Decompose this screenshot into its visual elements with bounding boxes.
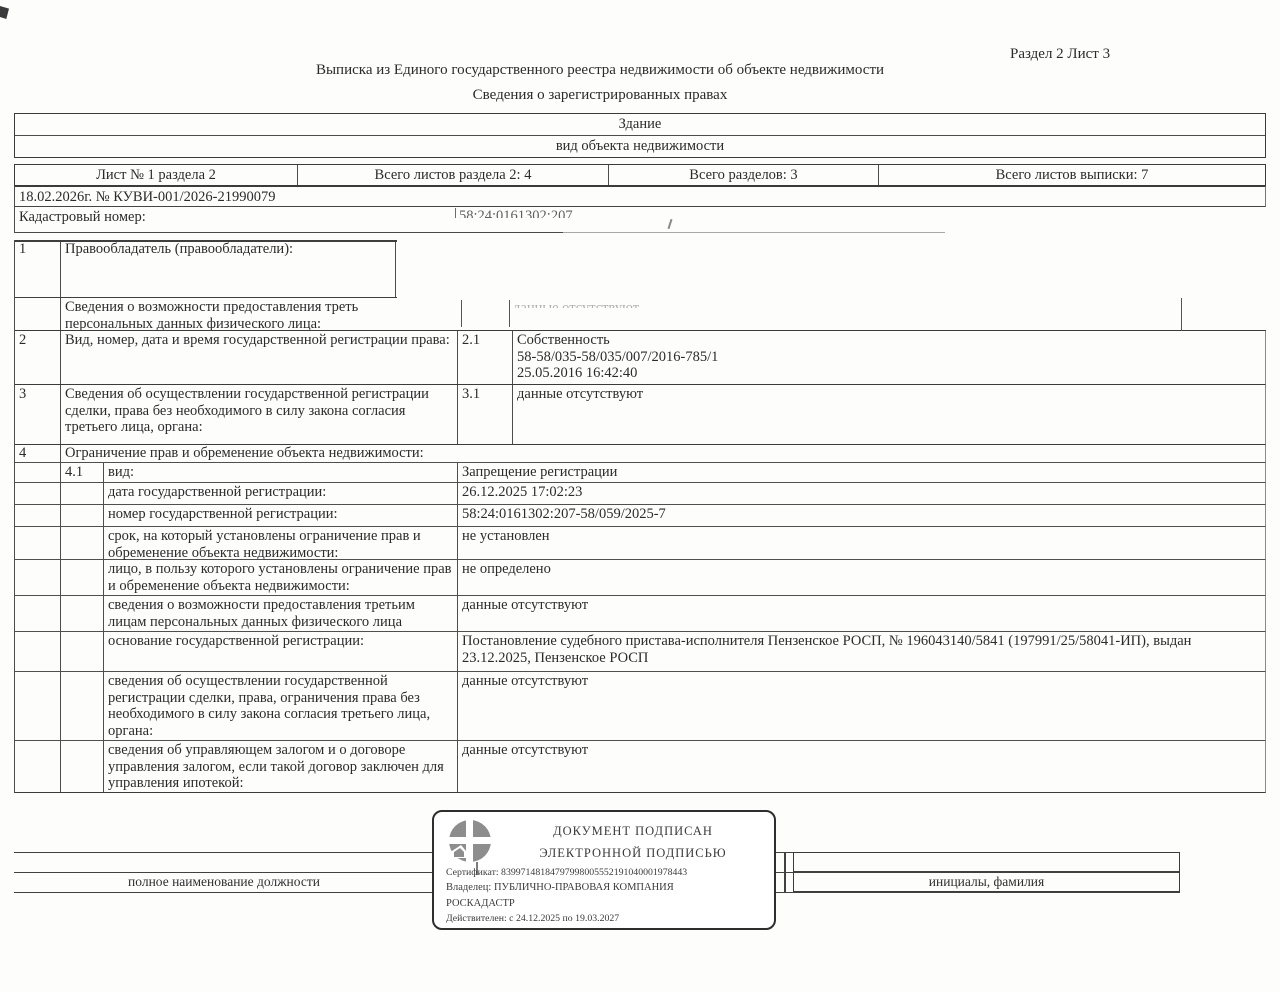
row-number-empty — [15, 741, 61, 792]
row-label: сведения о возможности предоставления тр… — [104, 596, 458, 631]
row-subnumber-empty — [61, 672, 104, 740]
row-value: Постановление судебного пристава-исполни… — [458, 632, 1265, 671]
table-subrow-basis: основание государственной регистрации: П… — [15, 632, 1266, 672]
table-subrow-reg-date: дата государственной регистрации: 26.12.… — [15, 483, 1266, 505]
row-subnumber: 2.1 — [458, 331, 513, 384]
table-row-deal-registration: 3 Сведения об осуществлении государствен… — [15, 385, 1266, 445]
row-subnumber-empty — [61, 632, 104, 671]
row-number-empty — [15, 483, 61, 504]
row-subnumber-empty — [61, 596, 104, 631]
row-subnumber-empty — [61, 560, 104, 595]
table-subrow-kind: 4.1 вид: Запрещение регистрации — [15, 463, 1266, 483]
rights-table-body: 1 Правообладатель (правообладатели): Све… — [14, 240, 1266, 793]
row-number-empty — [15, 632, 61, 671]
row-label: срок, на который установлены ограничение… — [104, 527, 458, 559]
sheet-count-cell: Лист № 1 раздела 2 — [15, 165, 298, 185]
row-label: Правообладатель (правообладатели): — [61, 240, 396, 298]
row-label: вид: — [104, 463, 458, 482]
egrn-extract-page: Раздел 2 Лист 3 Выписка из Единого госуд… — [0, 0, 1280, 992]
row-number-empty — [15, 463, 61, 482]
sheet-count-cell: Всего листов раздела 2: 4 — [298, 165, 609, 185]
row-value: не определено — [458, 560, 1265, 595]
stamp-certificate: Сертификат: 8399714818479799800555219104… — [446, 867, 687, 878]
name-caption: инициалы, фамилия — [793, 874, 1180, 890]
value-line: 25.05.2016 16:42:40 — [517, 365, 1262, 382]
redacted-value-area — [396, 240, 1266, 298]
table-row-right-registration: 2 Вид, номер, дата и время государственн… — [15, 331, 1266, 385]
row-label-clipped: Сведения о возможности предоставления тр… — [61, 298, 413, 330]
value-line: Собственность — [517, 332, 1262, 349]
row-label: сведения об управляющем залогом и о дого… — [104, 741, 458, 792]
table-row-personal-data-note: Сведения о возможности предоставления тр… — [15, 298, 1266, 331]
row-value: 58:24:0161302:207-58/059/2025-7 — [458, 505, 1265, 526]
row-label: дата государственной регистрации: — [104, 483, 458, 504]
object-type-box: Здание вид объекта недвижимости — [14, 113, 1266, 158]
row-label: Ограничение прав и обременение объекта н… — [61, 445, 1265, 462]
row-label-line: персональных данных физического лица: — [65, 316, 410, 331]
redacted-value-remnant: данные отсутствуют — [513, 300, 639, 308]
row-label: номер государственной регистрации: — [104, 505, 458, 526]
border-segment — [15, 240, 397, 242]
row-number: 3 — [15, 385, 61, 444]
extract-table: Здание вид объекта недвижимости Лист № 1… — [14, 113, 1266, 793]
cadastral-number-row: Кадастровый номер: 58:24:0161302:207 — [14, 207, 1266, 233]
row-subnumber-empty — [61, 527, 104, 559]
extract-date-row: 18.02.2026г. № КУВИ-001/2026-21990079 — [14, 186, 1266, 207]
object-type-caption: вид объекта недвижимости — [15, 135, 1265, 157]
signature-box-divider — [794, 871, 1179, 872]
scan-artifact-mark — [0, 6, 9, 19]
row-label: сведения об осуществлении государственно… — [104, 672, 458, 740]
stamp-title-line2: ЭЛЕКТРОННОЙ ПОДПИСЬЮ — [498, 846, 768, 861]
table-subrow-reg-number: номер государственной регистрации: 58:24… — [15, 505, 1266, 527]
row-subnumber: 3.1 — [458, 385, 513, 444]
row-subnumber: 4.1 — [61, 463, 104, 482]
row-number: 4 — [15, 445, 61, 462]
row-value: Собственность 58-58/035-58/035/007/2016-… — [513, 331, 1265, 384]
row-label-line: Сведения о возможности предоставления тр… — [65, 299, 410, 316]
position-caption: полное наименование должности — [14, 874, 434, 890]
row-value: данные отсутствуют — [458, 741, 1265, 792]
row-subnumber-empty — [61, 741, 104, 792]
stamp-owner-org: РОСКАДАСТР — [446, 898, 515, 909]
signature-box-tick — [784, 852, 786, 892]
table-row-restrictions-header: 4 Ограничение прав и обременение объекта… — [15, 445, 1266, 463]
row-value: не установлен — [458, 527, 1265, 559]
digital-signature-stamp: ДОКУМЕНТ ПОДПИСАН ЭЛЕКТРОННОЙ ПОДПИСЬЮ С… — [432, 810, 776, 930]
row-value: Запрещение регистрации — [458, 463, 1265, 482]
value-line: 58-58/035-58/035/007/2016-785/1 — [517, 349, 1262, 366]
table-row-rightholder: 1 Правообладатель (правообладатели): — [15, 240, 1266, 298]
document-title: Выписка из Единого государственного реес… — [0, 62, 1200, 79]
roskadastr-emblem-icon — [446, 818, 494, 871]
sheet-count-cell: Всего листов выписки: 7 — [879, 165, 1265, 185]
border-fragment — [509, 300, 510, 327]
border-fragment — [461, 300, 462, 327]
row-label: Вид, номер, дата и время государственной… — [61, 331, 458, 384]
sheet-count-cell: Всего разделов: 3 — [609, 165, 879, 185]
table-subrow-pledge-manager: сведения об управляющем залогом и о дого… — [15, 741, 1266, 793]
row-number-empty — [15, 596, 61, 631]
border-segment-faint — [563, 232, 945, 233]
row-label: Сведения об осуществлении государственно… — [61, 385, 458, 444]
stamp-validity: Действителен: с 24.12.2025 по 19.03.2027 — [446, 913, 619, 924]
table-subrow-beneficiary: лицо, в пользу которого установлены огра… — [15, 560, 1266, 596]
row-value: данные отсутствуют — [513, 385, 1265, 444]
table-subrow-personal-data: сведения о возможности предоставления тр… — [15, 596, 1266, 632]
stamp-title-line1: ДОКУМЕНТ ПОДПИСАН — [498, 824, 768, 839]
table-subrow-deal-info: сведения об осуществлении государственно… — [15, 672, 1266, 741]
object-type-value: Здание — [15, 114, 1265, 135]
section-sheet-label: Раздел 2 Лист 3 — [1010, 46, 1110, 63]
row-value: данные отсутствуют — [458, 672, 1265, 740]
row-number-empty — [15, 672, 61, 740]
border-segment — [15, 232, 563, 233]
cadastral-number-value-clipped: 58:24:0161302:207 — [459, 208, 573, 218]
row-number: 2 — [15, 331, 61, 384]
row-number-empty — [15, 298, 61, 330]
row-subnumber-empty — [61, 505, 104, 526]
border-fragment — [1181, 298, 1182, 331]
stamp-owner: Владелец: ПУБЛИЧНО-ПРАВОВАЯ КОМПАНИЯ — [446, 882, 674, 893]
row-value: 26.12.2025 17:02:23 — [458, 483, 1265, 504]
row-subnumber-empty — [61, 483, 104, 504]
spacer — [14, 233, 1266, 240]
row-label: основание государственной регистрации: — [104, 632, 458, 671]
row-number-empty — [15, 505, 61, 526]
cadastral-number-label: Кадастровый номер: — [19, 209, 146, 226]
document-subtitle: Сведения о зарегистрированных правах — [0, 87, 1200, 104]
row-number-empty — [15, 527, 61, 559]
row-label: лицо, в пользу которого установлены огра… — [104, 560, 458, 595]
clipped-border-fragment — [455, 208, 456, 218]
row-value: данные отсутствуют — [458, 596, 1265, 631]
row-number-empty — [15, 560, 61, 595]
table-subrow-term: срок, на который установлены ограничение… — [15, 527, 1266, 560]
sheet-counts-row: Лист № 1 раздела 2 Всего листов раздела … — [14, 164, 1266, 186]
row-number: 1 — [15, 240, 61, 298]
